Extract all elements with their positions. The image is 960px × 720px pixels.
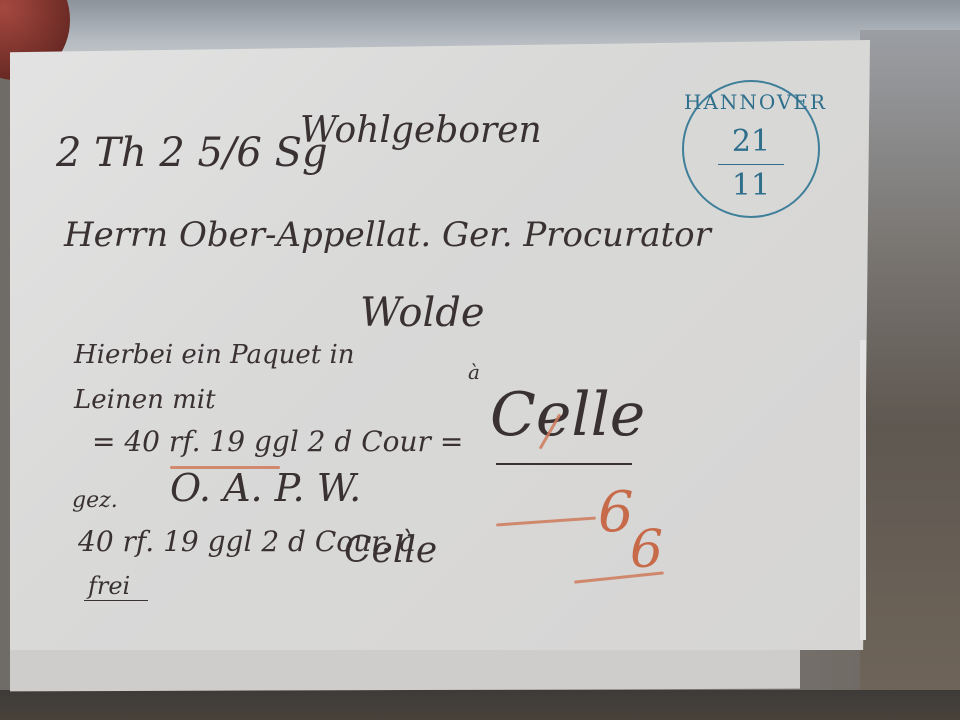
note-line-3: = 40 rf. 19 ggl 2 d Cour =: [92, 425, 463, 458]
destination-underline: [496, 463, 632, 465]
photo-scene: HANNOVER 21 11 2 Th 2 5/6 Sg Wohlgeboren…: [0, 0, 960, 720]
note-line-4: O. A. P. W.: [170, 466, 361, 510]
franking-note: frei: [88, 572, 130, 600]
addressee-title: Herrn Ober-Appellat. Ger. Procurator: [64, 215, 711, 255]
red-strike: [170, 466, 280, 469]
destination-city: Celle: [490, 380, 645, 450]
cover-fold-edge: [860, 340, 866, 640]
note-gez: gez.: [72, 488, 118, 513]
note-line-2: Leinen mit: [74, 385, 216, 415]
postmark-day: 21: [684, 124, 818, 159]
postmark-divider: [718, 164, 784, 165]
hannover-postmark: HANNOVER 21 11: [682, 80, 820, 218]
note-line-1: Hierbei ein Paquet in: [74, 340, 355, 370]
postmark-month: 11: [684, 168, 818, 203]
franking-underline: [84, 600, 148, 601]
docket-number: 2 Th 2 5/6 Sg: [56, 130, 328, 176]
addressee-name: Wolde: [360, 290, 485, 336]
salutation: Wohlgeboren: [300, 110, 542, 151]
note-city: Celle: [344, 530, 437, 571]
destination-preposition: à: [468, 360, 480, 384]
postmark-city: HANNOVER: [684, 90, 818, 114]
album-sleeve-right: [860, 30, 960, 690]
album-sleeve-bottom: [0, 690, 960, 720]
red-rate-mark-1: 6: [598, 480, 634, 545]
